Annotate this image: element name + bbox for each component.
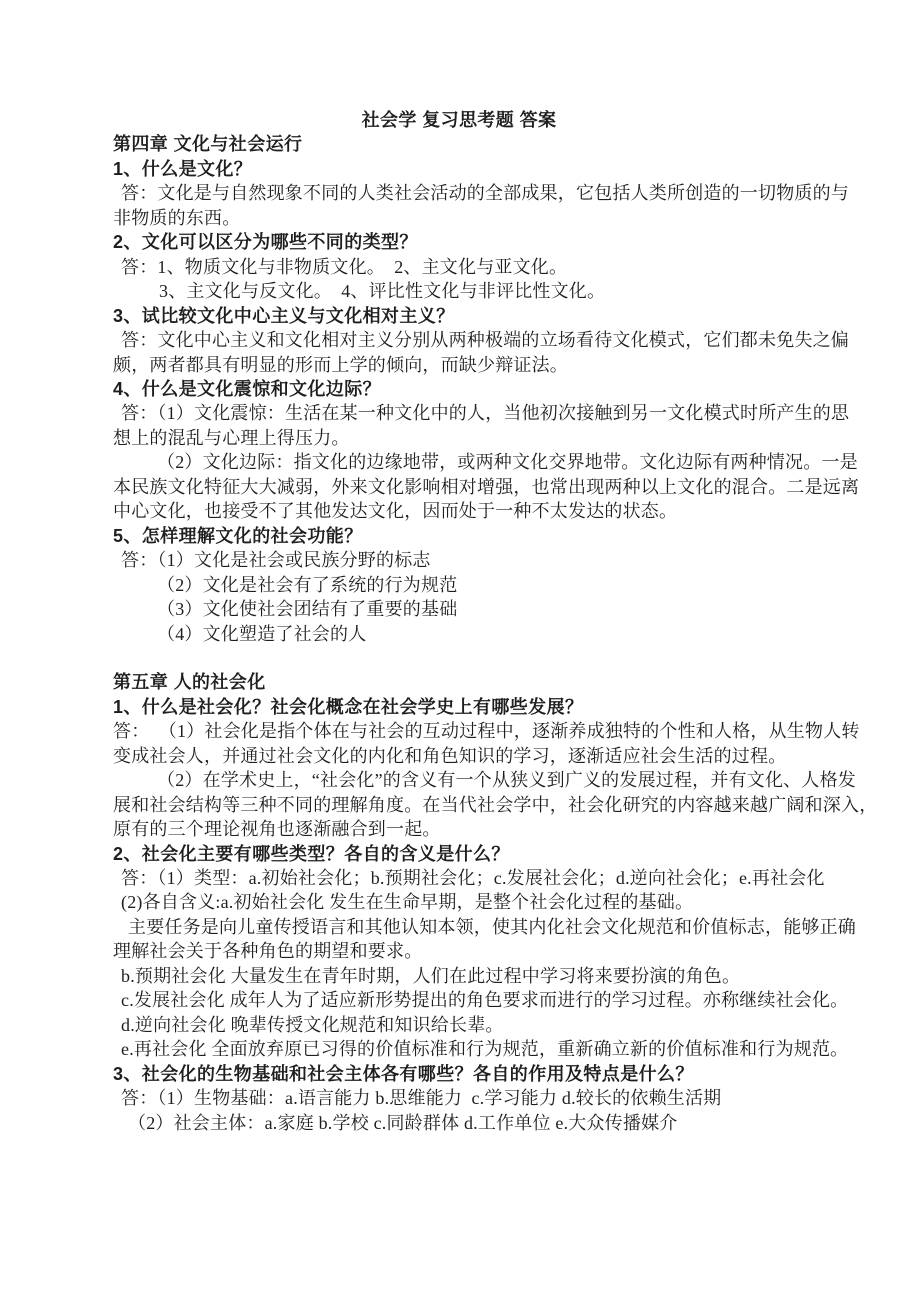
document-page: 社会学 复习思考题 答案 第四章 文化与社会运行 1、什么是文化？ 答：文化是与… [0,0,920,1302]
answer-line: 主要任务是向儿童传授语言和其他认知本领，使其内化社会文化规范和价值标志，能够正确 [113,915,805,939]
answer-line: (2)各自含义:a.初始社会化 发生在生命早期，是整个社会化过程的基础。 [113,890,805,914]
blank-line [113,646,805,670]
answer-line: （2）在学术史上，“社会化”的含义有一个从狭义到广义的发展过程，并有文化、人格发 [113,768,805,792]
answer-line: 答：（1）生物基础：a.语言能力 b.思维能力 c.学习能力 d.较长的依赖生活… [113,1086,805,1110]
answer-line: 答： （1）社会化是指个体在与社会的互动过程中，逐渐养成独特的个性和人格，从生物… [113,719,805,743]
answer-line: 答：文化中心主义和文化相对主义分别从两种极端的立场看待文化模式，它们都未免失之偏 [113,328,805,352]
question-heading: 3、试比较文化中心主义与文化相对主义？ [113,304,805,328]
question-heading: 1、什么是社会化？社会化概念在社会学史上有哪些发展？ [113,695,805,719]
answer-line: 答：文化是与自然现象不同的人类社会活动的全部成果，它包括人类所创造的一切物质的与 [113,181,805,205]
question-heading: 3、社会化的生物基础和社会主体各有哪些？各自的作用及特点是什么？ [113,1062,805,1086]
answer-line: 颇，两者都具有明显的形而上学的倾向，而缺少辩证法。 [113,353,805,377]
answer-line: （2）社会主体：a.家庭 b.学校 c.同龄群体 d.工作单位 e.大众传播媒介 [113,1111,805,1135]
answer-line: 非物质的东西。 [113,206,805,230]
answer-line: 答：（1）类型：a.初始社会化；b.预期社会化；c.发展社会化；d.逆向社会化；… [113,866,805,890]
answer-line: 中心文化，也接受不了其他发达文化，因而处于一种不太发达的状态。 [113,499,805,523]
question-heading: 2、社会化主要有哪些类型？各自的含义是什么？ [113,842,805,866]
question-heading: 2、文化可以区分为哪些不同的类型？ [113,230,805,254]
answer-line: 想上的混乱与心理上得压力。 [113,426,805,450]
question-heading: 1、什么是文化？ [113,157,805,181]
answer-line: e.再社会化 全面放弃原已习得的价值标准和行为规范，重新确立新的价值标准和行为规… [113,1037,805,1061]
document-content: 社会学 复习思考题 答案 第四章 文化与社会运行 1、什么是文化？ 答：文化是与… [113,108,805,1135]
answer-line: 原有的三个理论视角也逐渐融合到一起。 [113,817,805,841]
answer-line: 答：1、物质文化与非物质文化。 2、主文化与亚文化。 [113,255,805,279]
chapter-5-heading: 第五章 人的社会化 [113,670,805,694]
question-heading: 5、怎样理解文化的社会功能？ [113,524,805,548]
answer-line: 答：（1）文化是社会或民族分野的标志 [113,548,805,572]
document-title: 社会学 复习思考题 答案 [113,108,805,132]
answer-line: b.预期社会化 大量发生在青年时期，人们在此过程中学习将来要扮演的角色。 [113,964,805,988]
answer-line: 变成社会人，并通过社会文化的内化和角色知识的学习，逐渐适应社会生活的过程。 [113,744,805,768]
question-heading: 4、什么是文化震惊和文化边际？ [113,377,805,401]
answer-line: d.逆向社会化 晚辈传授文化规范和知识给长辈。 [113,1013,805,1037]
answer-line: （4）文化塑造了社会的人 [113,622,805,646]
chapter-4-heading: 第四章 文化与社会运行 [113,132,805,156]
answer-line: 3、主文化与反文化。 4、评比性文化与非评比性文化。 [113,279,805,303]
answer-line: （2）文化是社会有了系统的行为规范 [113,573,805,597]
answer-line: 答：（1）文化震惊：生活在某一种文化中的人，当他初次接触到另一文化模式时所产生的… [113,401,805,425]
answer-line: 本民族文化特征大大减弱，外来文化影响相对增强，也常出现两种以上文化的混合。二是远… [113,475,805,499]
answer-line: c.发展社会化 成年人为了适应新形势提出的角色要求而进行的学习过程。亦称继续社会… [113,988,805,1012]
answer-line: （3）文化使社会团结有了重要的基础 [113,597,805,621]
answer-line: 理解社会关于各种角色的期望和要求。 [113,939,805,963]
answer-line: （2）文化边际：指文化的边缘地带，或两种文化交界地带。文化边际有两种情况。一是 [113,450,805,474]
answer-line: 展和社会结构等三种不同的理解角度。在当代社会学中，社会化研究的内容越来越广阔和深… [113,793,805,817]
